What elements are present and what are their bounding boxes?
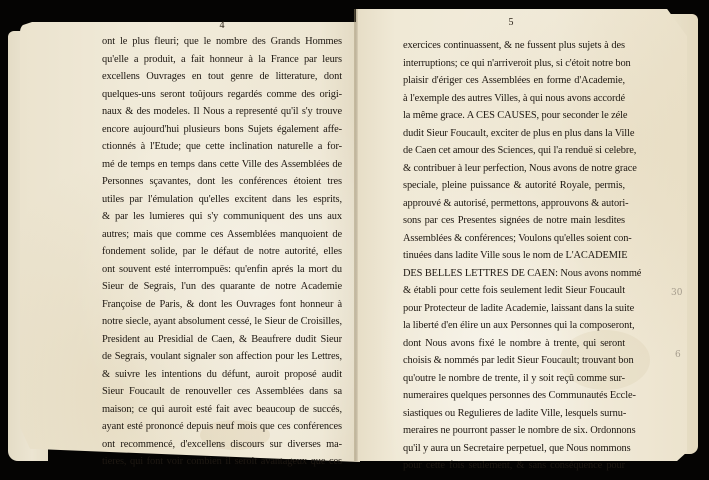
text-line: autres; mais que comme ces Assemblées ma… <box>102 226 342 244</box>
text-line: excellens Ouvrages en tout genre de litt… <box>102 68 342 86</box>
text-line: ayant esté prononcé depuis neuf mois que… <box>102 418 342 436</box>
text-line: numeraires quelques personnes des Commun… <box>403 387 625 405</box>
text-line: pour Protecteur de ladite Academie, lais… <box>403 300 625 318</box>
text-line: maison; ce qui auroit esté fait avec bea… <box>102 401 342 419</box>
text-line: ont souvent esté interrompuës: qu'enfin … <box>102 261 342 279</box>
text-line: ctionnés à l'Etude; que cette inclinatio… <box>102 138 342 156</box>
text-line: Assemblées & conférences; Voulons qu'ell… <box>403 230 625 248</box>
text-line: ont recommencé, d'excellens discours sur… <box>102 436 342 454</box>
text-line: pour cette fois seulement, & sans conséq… <box>403 457 625 475</box>
text-line: Sieur Foucault de renouveller ces Assemb… <box>102 383 342 401</box>
text-line: meraires ne pourront passer le nombre de… <box>403 422 625 440</box>
page-number-right: 5 <box>501 17 521 28</box>
text-line: tieres, qui font voir combien il seroit … <box>102 453 342 471</box>
text-line: qu'il y aura un Secretaire perpetuel, qu… <box>403 440 625 458</box>
right-page-text: exercices continuassent, & ne fussent pl… <box>403 37 625 475</box>
text-line: Françoise de Paris, & dont les Ouvrages … <box>102 296 342 314</box>
text-line: mé de temps en temps dans cette Ville de… <box>102 156 342 174</box>
book-gutter <box>354 9 358 461</box>
text-line: fondement solide, par le défaut de notre… <box>102 243 342 261</box>
scan-background: 4 5 ont le plus fleuri; que le nombre de… <box>0 0 709 480</box>
text-line: interruptions; ce qui n'arriveroit plus,… <box>403 55 625 73</box>
text-line: approuvé & autorisé, permettons, approuv… <box>403 195 625 213</box>
margin-note-pencil: 30 <box>671 288 682 298</box>
text-line: exercices continuassent, & ne fussent pl… <box>403 37 625 55</box>
text-line: de Segrais, voulant signaler son affecti… <box>102 348 342 366</box>
left-page-text: ont le plus fleuri; que le nombre des Gr… <box>102 33 342 471</box>
text-line: qu'elle a produit, a fait honneur à la F… <box>102 51 342 69</box>
text-line: qu'outre le nombre de trente, il y soit … <box>403 370 625 388</box>
text-line: dudit Sieur Foucault, exciter de plus en… <box>403 125 625 143</box>
text-line: encore aujourd'hui plusieurs bons Sujets… <box>102 121 342 139</box>
text-line: à l'exemple des autres Villes, à qui nou… <box>403 90 625 108</box>
text-line: & établi pour cette fois seulement ledit… <box>403 282 625 300</box>
text-line: siastiques ou Regulieres de ladite Ville… <box>403 405 625 423</box>
text-line: Personnes sçavantes, dont les conférence… <box>102 173 342 191</box>
text-line: tinuées dans ladite Ville sous le nom de… <box>403 247 625 265</box>
text-line: & suivre les intentions du défunt, auroi… <box>102 366 342 384</box>
text-line: DES BELLES LETTRES DE CAEN: Nous avons n… <box>403 265 625 283</box>
text-line: quelques-uns seront toûjours regardés co… <box>102 86 342 104</box>
text-line: naux & des modeles. Il Nous a representé… <box>102 103 342 121</box>
text-line: dont Nous avons fixé le nombre à trente,… <box>403 335 625 353</box>
text-line: Sieur de Segrais, l'un des quarante de n… <box>102 278 342 296</box>
text-line: & contribuer à leur perfection, Nous avo… <box>403 160 625 178</box>
text-line: speciale, pleine puissance & autorité Ro… <box>403 177 625 195</box>
text-line: la même grace. A CES CAUSES, pour second… <box>403 107 625 125</box>
margin-note-pencil: 6 <box>675 350 681 360</box>
text-line: notre siecle, ayant absolument cessé, le… <box>102 313 342 331</box>
text-line: ont le plus fleuri; que le nombre des Gr… <box>102 33 342 51</box>
page-number-left: 4 <box>212 20 232 31</box>
text-line: de Caen cet amour des Sciences, qui l'a … <box>403 142 625 160</box>
text-line: President au Presidial de Caen, & Beaufr… <box>102 331 342 349</box>
text-line: & par les lumieres qui s'y communiquent … <box>102 208 342 226</box>
text-line: utiles par l'émulation qu'elles excitent… <box>102 191 342 209</box>
text-line: sons par ces Presentes signées de notre … <box>403 212 625 230</box>
text-line: choisis & nommés par ledit Sieur Foucaul… <box>403 352 625 370</box>
text-line: la liberté d'en élire un aux Personnes q… <box>403 317 625 335</box>
text-line: plaisir d'ériger ces Assemblées en forme… <box>403 72 625 90</box>
